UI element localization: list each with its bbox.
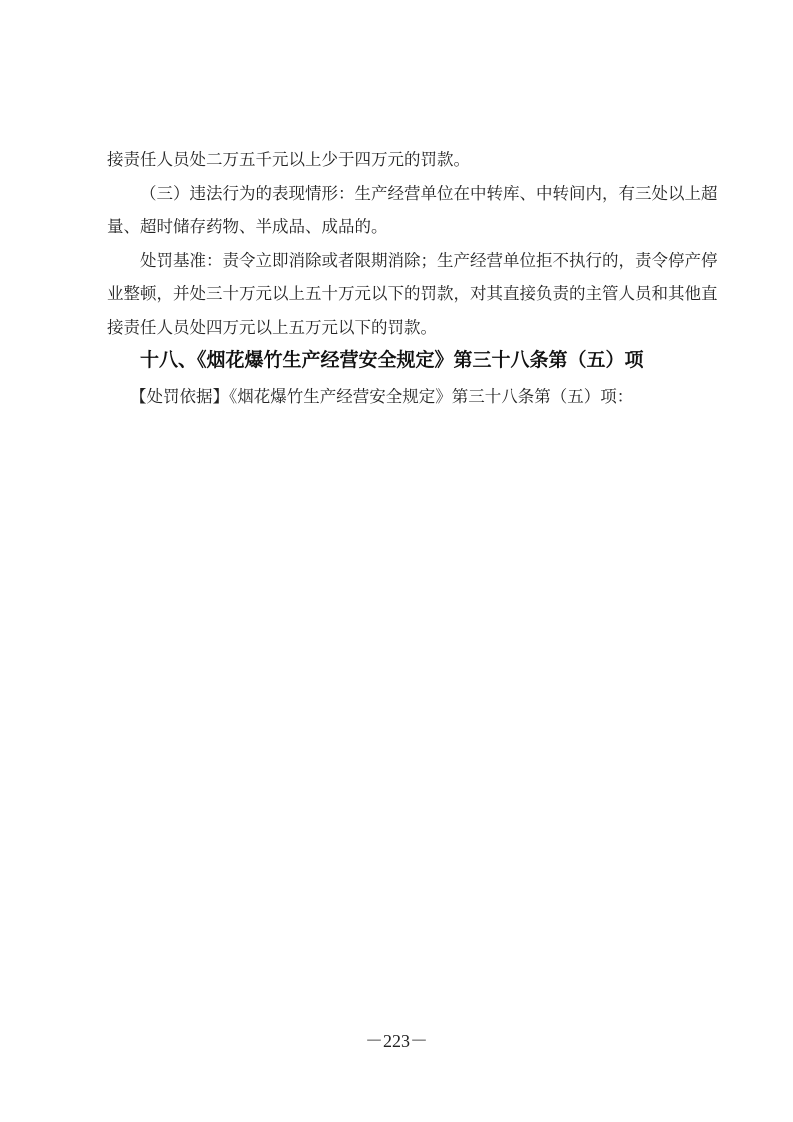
page-number: －223－: [0, 1027, 793, 1053]
paragraph-continuation-line: 接责任人员处二万五千元以上少于四万元的罚款。: [107, 143, 693, 177]
document-page: 接责任人员处二万五千元以上少于四万元的罚款。 （三）违法行为的表现情形：生产经营…: [0, 0, 793, 1122]
penalty-standard-line-1: 处罚基准：责令立即消除或者限期消除；生产经营单位拒不执行的，责令停产停: [107, 244, 693, 278]
violation-situation-line-2: 量、超时储存药物、半成品、成品的。: [107, 210, 693, 244]
penalty-standard-line-3: 接责任人员处四万元以上五万元以下的罚款。: [107, 311, 693, 345]
penalty-standard-line-2: 业整顿，并处三十万元以上五十万元以下的罚款，对其直接负责的主管人员和其他直: [107, 277, 693, 311]
penalty-basis: 【处罚依据】《烟花爆竹生产经营安全规定》第三十八条第（五）项：: [130, 380, 633, 413]
section-heading: 十八、《烟花爆竹生产经营安全规定》第三十八条第（五）项: [140, 343, 644, 377]
body-text: 接责任人员处二万五千元以上少于四万元的罚款。 （三）违法行为的表现情形：生产经营…: [107, 143, 693, 344]
violation-situation-line-1: （三）违法行为的表现情形：生产经营单位在中转库、中转间内，有三处以上超: [107, 177, 693, 211]
